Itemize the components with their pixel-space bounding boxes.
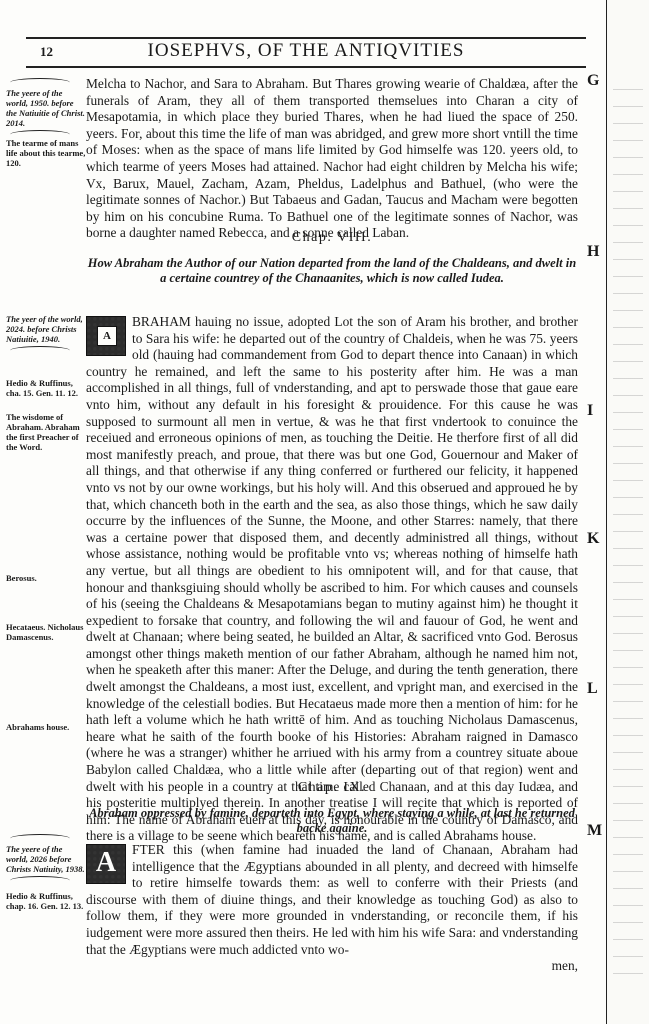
margin-note: Hedio & Ruffinus, chap. 16. Gen. 12. 13. xyxy=(6,891,86,911)
margin-note: Berosus. xyxy=(6,573,86,583)
margin-note: Abrahams house. xyxy=(6,722,86,732)
swash-ornament-icon xyxy=(10,346,70,355)
signature-mark: I xyxy=(587,402,593,420)
chapter-heading: Chap. IX. xyxy=(86,780,578,796)
chapter-body: A FTER this (when famine had inuaded the… xyxy=(86,842,578,975)
margin-note: Hedio & Ruffinus, cha. 15. Gen. 11. 12. xyxy=(6,378,86,398)
running-title: IOSEPHVS, OF THE ANTIQVITIES xyxy=(26,40,586,62)
margin-note: The yeere of the world, 2026 before Chri… xyxy=(6,832,86,886)
bleed-through-marks xyxy=(613,80,643,980)
swash-ornament-icon xyxy=(10,876,70,885)
ornamental-initial-icon: A xyxy=(86,844,126,884)
signature-mark: G xyxy=(587,72,599,90)
chapter-subtitle: How Abraham the Author of our Nation dep… xyxy=(86,256,578,286)
ornamental-initial-icon: A xyxy=(86,316,126,356)
chapter-heading: Chap. VIII. xyxy=(86,230,578,246)
swash-ornament-icon xyxy=(10,78,70,87)
chapter-subtitle: Abraham oppressed by famine, departeth i… xyxy=(86,806,578,836)
margin-note: Hecataeus. Nicholaus Damascenus. xyxy=(6,622,86,642)
adjacent-page-edge xyxy=(606,0,649,1024)
margin-note: The wisdome of Abraham. Abraham the firs… xyxy=(6,412,86,452)
chapter-body: A BRAHAM hauing no issue, adopted Lot th… xyxy=(86,314,578,845)
swash-ornament-icon xyxy=(10,834,70,843)
signature-mark: K xyxy=(587,530,599,548)
header-rule-top xyxy=(26,37,586,39)
margin-note: The tearme of mans life about this tearm… xyxy=(6,138,86,168)
catchword: men, xyxy=(86,958,578,975)
opening-paragraph: Melcha to Nachor, and Sara to Abraham. B… xyxy=(86,76,578,242)
signature-mark: M xyxy=(587,822,602,840)
margin-note: The yeer of the world, 2024. before Chri… xyxy=(6,314,86,356)
running-header: 12 IOSEPHVS, OF THE ANTIQVITIES xyxy=(26,40,586,62)
signature-mark: L xyxy=(587,680,598,698)
margin-note: The yeere of the world, 1950. before the… xyxy=(6,76,86,140)
signature-mark: H xyxy=(587,243,599,261)
header-rule-bottom xyxy=(26,66,586,68)
